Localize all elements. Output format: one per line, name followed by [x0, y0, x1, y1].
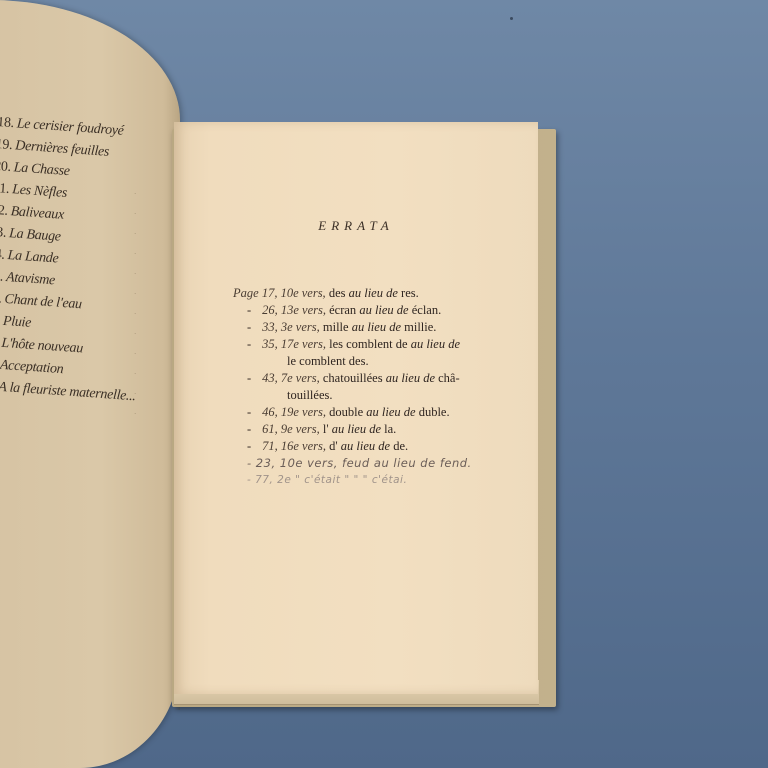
errata-continuation: le comblent des.	[233, 353, 523, 370]
entry-correction: d'	[326, 439, 341, 453]
errata-entry: - 61, 9e vers, l' au lieu de la.	[233, 421, 523, 438]
entry-reference: 61, 9e vers,	[262, 422, 320, 436]
faint-page-number: ·	[134, 404, 138, 424]
errata-entry: - 43, 7e vers, chatouillées au lieu de c…	[233, 370, 523, 387]
errata-continuation: touillées.	[233, 387, 523, 404]
entry-reference: 33, 3e vers,	[262, 320, 320, 334]
entry-connector: au lieu de	[349, 286, 398, 300]
toc-title: Pluie	[2, 314, 31, 331]
toc-number: 22.	[0, 203, 8, 219]
entry-reference: 26, 13e vers,	[262, 303, 326, 317]
handwritten-correction: - 23, 10e vers, feud au lieu de fend.	[233, 455, 523, 472]
entry-correction: mille	[320, 320, 352, 334]
entry-connector: au lieu de	[352, 320, 401, 334]
entry-original: res.	[398, 286, 419, 300]
entry-connector: au lieu de	[411, 337, 460, 351]
toc-title: La Chasse	[13, 160, 70, 179]
faint-page-number: ·	[134, 184, 138, 204]
errata-entry: Page 17, 10e vers, des au lieu de res.	[233, 285, 523, 302]
entry-reference: 35, 17e vers,	[262, 337, 326, 351]
errata-page: ERRATA Page 17, 10e vers, des au lieu de…	[174, 122, 538, 694]
toc-title: La Lande	[7, 248, 59, 267]
left-page: 18.Le cerisier foudroyé 19.Dernières feu…	[0, 0, 180, 768]
toc-number: 18.	[0, 115, 14, 131]
toc-number: 24.	[0, 247, 5, 263]
entry-connector: au lieu de	[366, 405, 415, 419]
toc-title: Dernières feuilles	[15, 138, 110, 160]
entry-original: la.	[381, 422, 396, 436]
entry-dash: -	[241, 421, 259, 438]
entry-dash: -	[241, 404, 259, 421]
faint-page-number: ·	[134, 244, 138, 264]
toc-title: Chant de l'eau	[4, 292, 82, 312]
errata-list: Page 17, 10e vers, des au lieu de res. -…	[233, 285, 523, 489]
entry-original: châ-	[435, 371, 460, 385]
entry-connector: au lieu de	[332, 422, 381, 436]
errata-entry: - 26, 13e vers, écran au lieu de éclan.	[233, 302, 523, 319]
toc-number: 23.	[0, 225, 7, 241]
toc-number: 27.	[0, 313, 1, 329]
entry-connector: au lieu de	[386, 371, 435, 385]
entry-reference: 17, 10e vers,	[262, 286, 326, 300]
toc-number: 20.	[0, 159, 11, 175]
entry-original: de.	[390, 439, 408, 453]
entry-correction: écran	[326, 303, 359, 317]
faint-page-number: ·	[134, 324, 138, 344]
toc-title: Acceptation	[0, 358, 64, 377]
page-title: ERRATA	[174, 218, 538, 234]
toc-number: 26.	[0, 291, 2, 307]
entry-dash: -	[241, 438, 259, 455]
toc-title: Les Nèfles	[12, 182, 68, 201]
toc-title: Le cerisier foudroyé	[16, 116, 124, 138]
errata-entry: - 35, 17e vers, les comblent de au lieu …	[233, 336, 523, 353]
toc-number: 21.	[0, 181, 10, 197]
faint-page-number: ·	[134, 264, 138, 284]
entry-dash: -	[241, 370, 259, 387]
faint-page-number: ·	[134, 224, 138, 244]
toc-title: Baliveaux	[10, 204, 64, 223]
faint-page-number: ·	[134, 344, 138, 364]
toc-title: L'hôte nouveau	[1, 336, 83, 357]
handwritten-correction: - 77, 2e " c'était " " " c'étai.	[233, 472, 523, 489]
faint-page-number: ·	[134, 384, 138, 404]
entry-connector: au lieu de	[341, 439, 390, 453]
entry-reference: 71, 16e vers,	[262, 439, 326, 453]
entry-correction: double	[326, 405, 366, 419]
faint-page-number: ·	[134, 284, 138, 304]
dust-speck	[510, 17, 513, 20]
errata-entry: - 33, 3e vers, mille au lieu de millie.	[233, 319, 523, 336]
entry-original: duble.	[416, 405, 450, 419]
entry-lead: Page	[233, 286, 259, 300]
toc-number: 25.	[0, 269, 4, 285]
errata-entry: - 71, 16e vers, d' au lieu de de.	[233, 438, 523, 455]
entry-original: éclan.	[409, 303, 442, 317]
entry-dash: -	[241, 319, 259, 336]
toc-number: 19.	[0, 137, 13, 153]
entry-dash: -	[241, 336, 259, 353]
toc-title: Atavisme	[6, 270, 56, 288]
faint-page-number: ·	[134, 204, 138, 224]
entry-reference: 46, 19e vers,	[262, 405, 326, 419]
errata-entry: - 46, 19e vers, double au lieu de duble.	[233, 404, 523, 421]
toc-title: La Bauge	[9, 226, 62, 245]
entry-reference: 43, 7e vers,	[262, 371, 320, 385]
faint-page-number: ·	[134, 364, 138, 384]
entry-original: millie.	[401, 320, 436, 334]
toc-page-numbers-faint: · · · · · · · · · · · ·	[131, 184, 141, 424]
table-of-contents: 18.Le cerisier foudroyé 19.Dernières feu…	[0, 112, 148, 408]
entry-connector: au lieu de	[359, 303, 408, 317]
entry-correction: des	[326, 286, 349, 300]
entry-correction: les comblent de	[326, 337, 411, 351]
entry-correction: l'	[320, 422, 332, 436]
faint-page-number: ·	[134, 304, 138, 324]
entry-correction: chatouillées	[320, 371, 386, 385]
entry-dash: -	[241, 302, 259, 319]
